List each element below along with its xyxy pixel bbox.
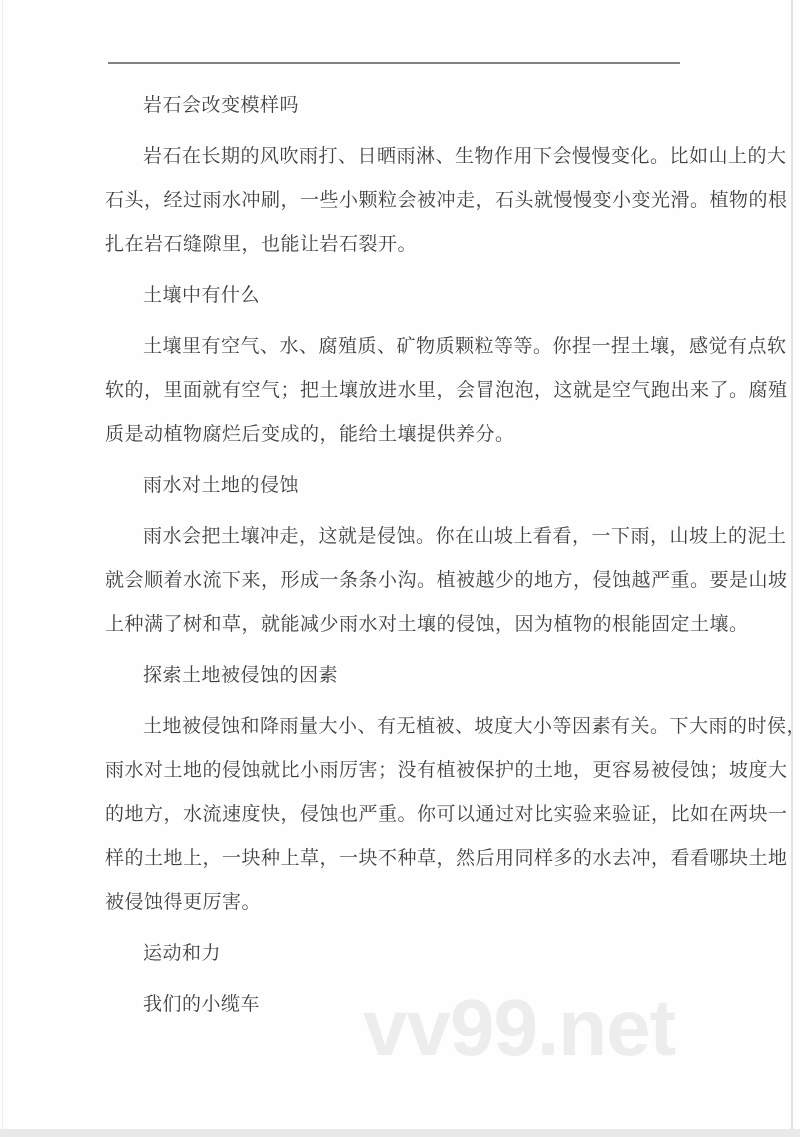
page-edge-right	[791, 0, 793, 1129]
paragraph-line: 扎在岩石缝隙里，也能让岩石裂开。	[105, 223, 697, 267]
paragraph-line: 的地方，水流速度快，侵蚀也严重。你可以通过对比实验来验证，比如在两块一	[105, 793, 697, 837]
paragraph-line: 岩石在长期的风吹雨打、日晒雨淋、生物作用下会慢慢变化。比如山上的大	[105, 135, 697, 179]
section-heading: 运动和力	[105, 932, 697, 976]
header-rule	[108, 62, 680, 64]
paragraph-line: 质是动植物腐烂后变成的，能给土壤提供养分。	[105, 413, 697, 457]
paragraph-line: 雨水对土地的侵蚀就比小雨厉害；没有植被保护的土地，更容易被侵蚀；坡度大	[105, 749, 697, 793]
page-bottom-edge	[0, 1129, 800, 1137]
paragraph-line: 被侵蚀得更厉害。	[105, 881, 697, 925]
section-heading: 土壤中有什么	[105, 274, 697, 318]
paragraph-line: 土地被侵蚀和降雨量大小、有无植被、坡度大小等因素有关。下大雨的时侯，	[105, 705, 697, 749]
paragraph-line: 石头，经过雨水冲刷，一些小颗粒会被冲走，石头就慢慢变小变光滑。植物的根	[105, 179, 697, 223]
paragraph-line: 上种满了树和草，就能减少雨水对土壤的侵蚀，因为植物的根能固定土壤。	[105, 603, 697, 647]
site-watermark: vv99.net	[363, 988, 675, 1068]
page-edge-left	[2, 0, 3, 1129]
paragraph-line: 雨水会把土壤冲走，这就是侵蚀。你在山坡上看看，一下雨，山坡上的泥土	[105, 515, 697, 559]
document-body: 岩石会改变模样吗 岩石在长期的风吹雨打、日晒雨淋、生物作用下会慢慢变化。比如山上…	[105, 84, 697, 1034]
document-page: 岩石会改变模样吗 岩石在长期的风吹雨打、日晒雨淋、生物作用下会慢慢变化。比如山上…	[0, 0, 800, 1137]
section-heading: 雨水对土地的侵蚀	[105, 464, 697, 508]
paragraph-line: 样的土地上，一块种上草，一块不种草，然后用同样多的水去冲，看看哪块土地	[105, 837, 697, 881]
paragraph-line: 就会顺着水流下来，形成一条条小沟。植被越少的地方，侵蚀越严重。要是山坡	[105, 559, 697, 603]
section-heading: 岩石会改变模样吗	[105, 84, 697, 128]
paragraph-line: 土壤里有空气、水、腐殖质、矿物质颗粒等等。你捏一捏土壤，感觉有点软	[105, 325, 697, 369]
section-heading: 探索土地被侵蚀的因素	[105, 654, 697, 698]
paragraph-line: 软的，里面就有空气；把土壤放进水里，会冒泡泡，这就是空气跑出来了。腐殖	[105, 369, 697, 413]
